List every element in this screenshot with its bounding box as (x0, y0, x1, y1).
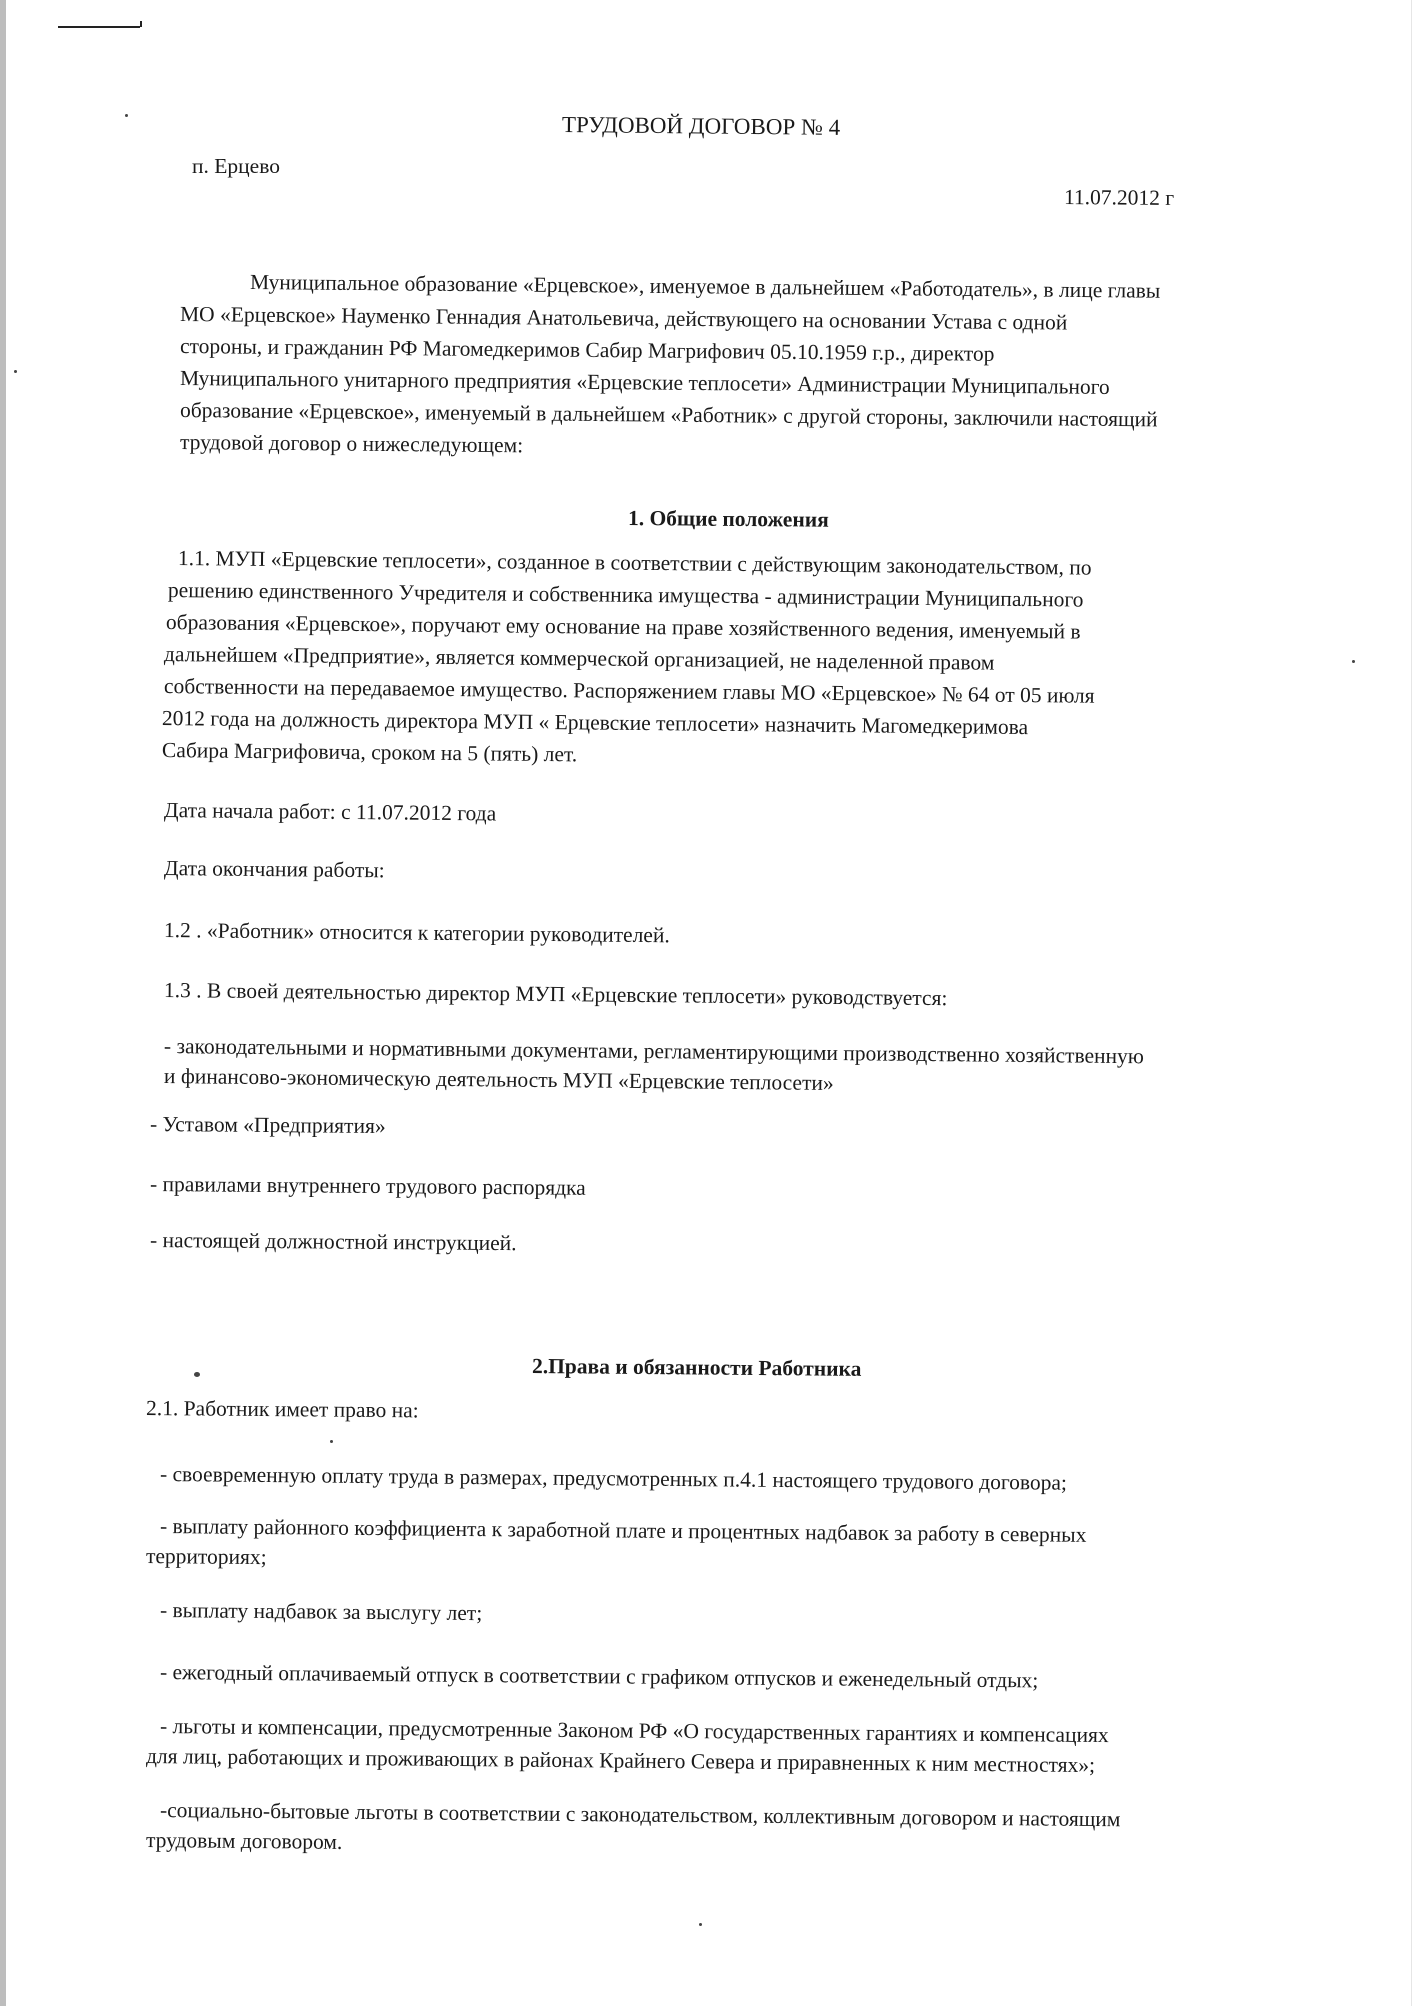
scan-speck (194, 1372, 200, 1377)
right-item: - ежегодный оплачиваемый отпуск в соотве… (160, 1662, 1039, 1692)
clause-1-3: 1.3 . В своей деятельностью директор МУП… (164, 980, 948, 1010)
clause-1-1-line: образования «Ерцевское», поручают ему ос… (166, 612, 1081, 643)
scan-edge (0, 0, 6, 2006)
corner-mark (58, 26, 140, 28)
clause-2-1: 2.1. Работник имеет право на: (146, 1398, 419, 1422)
scan-speck (125, 114, 128, 117)
clause-1-3-item: - настоящей должностной инструкцией. (150, 1230, 517, 1255)
right-item: территориях; (146, 1546, 267, 1569)
clause-1-1-line: Сабира Магрифовича, сроком на 5 (пять) л… (162, 740, 577, 766)
section-1-heading: 1. Общие положения (628, 508, 829, 531)
scan-speck (699, 1923, 702, 1926)
right-item: - льготы и компенсации, предусмотренные … (160, 1716, 1109, 1747)
clause-1-1-line: 1.1. МУП «Ерцевские теплосети», созданно… (178, 548, 1092, 579)
document-title: ТРУДОВОЙ ДОГОВОР № 4 (562, 113, 840, 139)
right-item: трудовым договором. (146, 1830, 343, 1853)
right-item: - своевременную оплату труда в размерах,… (160, 1464, 1067, 1494)
right-item: для лиц, работающих и проживающих в райо… (146, 1746, 1095, 1777)
preamble-line: МО «Ерцевское» Науменко Геннадия Анатоль… (180, 304, 1067, 334)
scan-edge-right (1411, 0, 1412, 2006)
scan-speck (330, 1440, 333, 1443)
right-item: -социально-бытовые льготы в соответствии… (160, 1800, 1121, 1831)
place: п. Ерцево (192, 156, 280, 178)
end-date: Дата окончания работы: (164, 858, 385, 882)
preamble-line: Муниципальное образование «Ерцевское», и… (250, 272, 1160, 302)
right-item: - выплату надбавок за выслугу лет; (160, 1600, 482, 1625)
clause-1-2: 1.2 . «Работник» относится к категории р… (164, 920, 670, 947)
preamble-line: стороны, и гражданин РФ Магомедкеримов С… (180, 336, 995, 365)
clause-1-3-item: - правилами внутреннего трудового распор… (150, 1174, 586, 1199)
clause-1-3-item: и финансово-экономическую деятельность М… (164, 1066, 834, 1095)
right-item: - выплату районного коэффициента к зараб… (160, 1516, 1087, 1546)
clause-1-1-line: решению единственного Учредителя и собст… (168, 580, 1084, 611)
scan-speck (14, 370, 17, 373)
clause-1-1-line: собственности на передаваемое имущество.… (164, 676, 1095, 707)
preamble-line: Муниципального унитарного предприятия «Е… (180, 368, 1110, 398)
document-date: 11.07.2012 г (1064, 187, 1174, 209)
scan-speck (1352, 660, 1355, 663)
clause-1-3-item: - законодательными и нормативными докуме… (164, 1036, 1144, 1068)
preamble-line: образование «Ерцевское», именуемый в дал… (180, 400, 1158, 431)
start-date: Дата начала работ: с 11.07.2012 года (164, 800, 496, 825)
clause-1-1-line: 2012 года на должность директора МУП « Е… (162, 708, 1028, 739)
section-2-heading: 2.Права и обязанности Работника (532, 1356, 862, 1380)
clause-1-1-line: дальнейшем «Предприятие», является комме… (164, 644, 995, 674)
preamble-line: трудовой договор о нижеследующем: (180, 432, 523, 457)
clause-1-3-item: - Уставом «Предприятия» (150, 1114, 386, 1138)
